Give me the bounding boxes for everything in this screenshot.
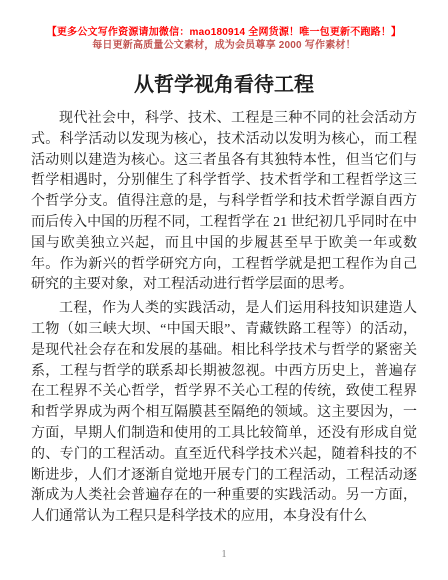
promo-header-line-2: 每日更新高质量公文素材，成为会员尊享 2000 写作素材！ xyxy=(31,39,417,52)
promo-header: 【更多公文写作资源请加微信：mao180914 全网货源！唯一包更新不跑路！】 … xyxy=(31,26,417,52)
document-title: 从哲学视角看待工程 xyxy=(31,73,417,97)
paragraph-1: 现代社会中，科学、技术、工程是三种不同的社会活动方式。科学活动以发现为核心，技术… xyxy=(31,109,417,296)
promo-header-line-1: 【更多公文写作资源请加微信：mao180914 全网货源！唯一包更新不跑路！】 xyxy=(31,26,417,39)
page-number: 1 xyxy=(0,549,448,560)
paragraph-2: 工程，作为人类的实践活动，是人们运用科技知识建造人工物（如三峡大坝、“中国天眼”… xyxy=(31,299,417,528)
document-page: 【更多公文写作资源请加微信：mao180914 全网货源！唯一包更新不跑路！】 … xyxy=(0,0,448,580)
